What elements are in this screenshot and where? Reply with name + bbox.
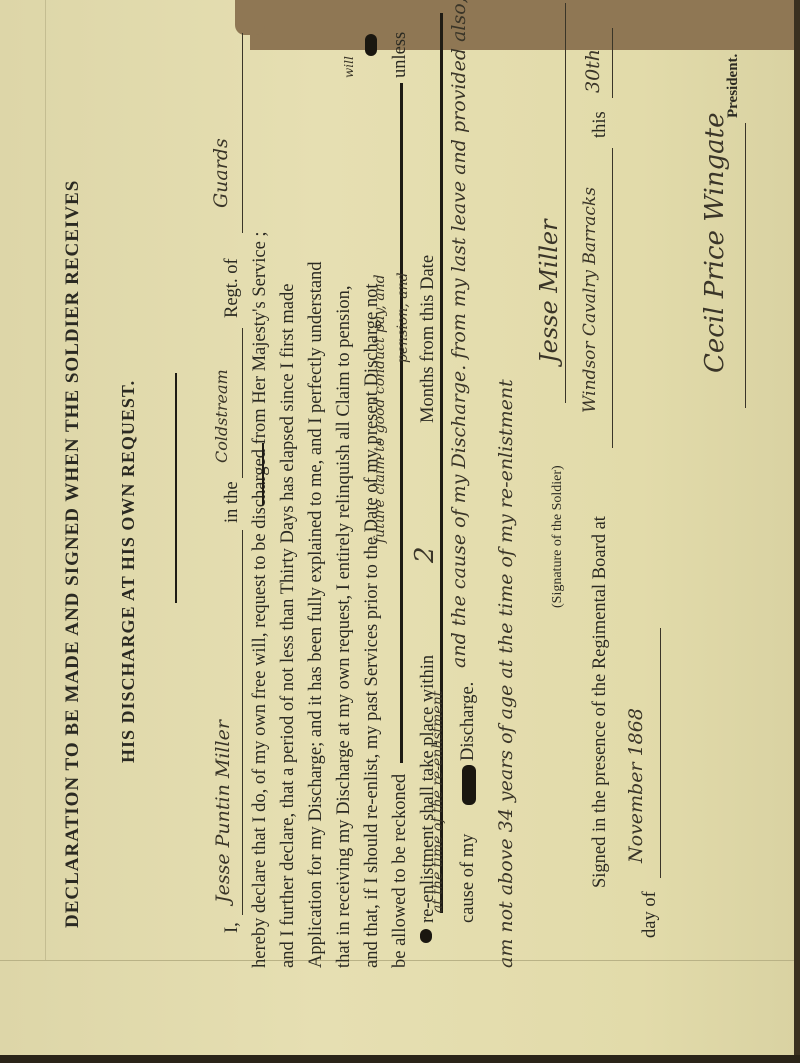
form-title: DECLARATION TO BE MADE AND SIGNED WHEN T… — [62, 180, 84, 928]
location-line — [612, 148, 613, 448]
in-the-label: in the — [222, 481, 243, 523]
board-location: Windsor Cavalry Barracks — [580, 187, 600, 413]
rotated-form: DECLARATION TO BE MADE AND SIGNED WHEN T… — [0, 0, 800, 1063]
president-signature: Cecil Price Wingate — [700, 113, 730, 374]
president-line — [745, 123, 746, 408]
name-underline — [242, 530, 243, 915]
body-line-9a: cause of my — [458, 834, 479, 923]
body-line-2: hereby declare that I do, of my own free… — [250, 231, 271, 968]
body-line-5: that in receiving my Discharge at my own… — [334, 286, 355, 968]
body-line-4: Application for my Discharge; and it has… — [306, 261, 327, 968]
hw-number: 2 — [410, 546, 440, 563]
hw-future-claim: future claim to good conduct pay, and — [372, 274, 388, 543]
body-line-7b: unless — [390, 32, 411, 78]
declarant-prefix: I, — [222, 922, 243, 933]
body-line-7a: be allowed to be reckoned — [390, 774, 411, 968]
ink-blot — [462, 765, 476, 805]
soldier-signature-label: (Signature of the Soldier) — [550, 465, 566, 608]
hw-at-the-time: at the time of the re-enlistment — [430, 691, 446, 913]
month-year: November 1868 — [625, 708, 647, 863]
declarant-name: Jesse Puntin Miller — [212, 720, 234, 903]
hw-line-b: am not above 34 years of age at the time… — [495, 379, 517, 968]
guards-underline — [242, 33, 243, 233]
hw-will: will — [342, 56, 356, 78]
title-rule — [175, 373, 177, 603]
soldier-sig-line — [565, 3, 566, 403]
regiment-name: Coldstream — [212, 369, 231, 463]
form-subtitle: HIS DISCHARGE AT HIS OWN REQUEST. — [118, 380, 139, 763]
regt-underline — [242, 328, 243, 478]
president-label: President. — [725, 54, 742, 118]
month-line — [660, 628, 661, 878]
body-line-8b: Months from this Date — [418, 255, 439, 423]
day-number: 30th — [582, 49, 604, 93]
hw-pension: pension, and — [395, 272, 411, 363]
hw-line-a: and the cause of my Discharge. from my l… — [448, 0, 470, 668]
soldier-signature: Jesse Miller — [535, 219, 563, 363]
day-of-label: day of — [640, 891, 661, 938]
ink-blot — [420, 929, 432, 943]
body-line-3: and I further declare, that a period of … — [278, 284, 299, 968]
document-scan: DECLARATION TO BE MADE AND SIGNED WHEN T… — [0, 0, 800, 1063]
body-line-9b: Discharge. — [458, 682, 479, 761]
strike-line-7 — [400, 83, 403, 763]
signed-presence-label: Signed in the presence of the Regimental… — [590, 516, 611, 888]
day-line — [612, 28, 613, 98]
regt-of-label: Regt. of — [222, 258, 243, 318]
ink-blot — [365, 34, 377, 56]
regiment-guards: Guards — [210, 138, 232, 208]
strike-request — [262, 443, 264, 505]
this-label: this — [590, 111, 611, 138]
